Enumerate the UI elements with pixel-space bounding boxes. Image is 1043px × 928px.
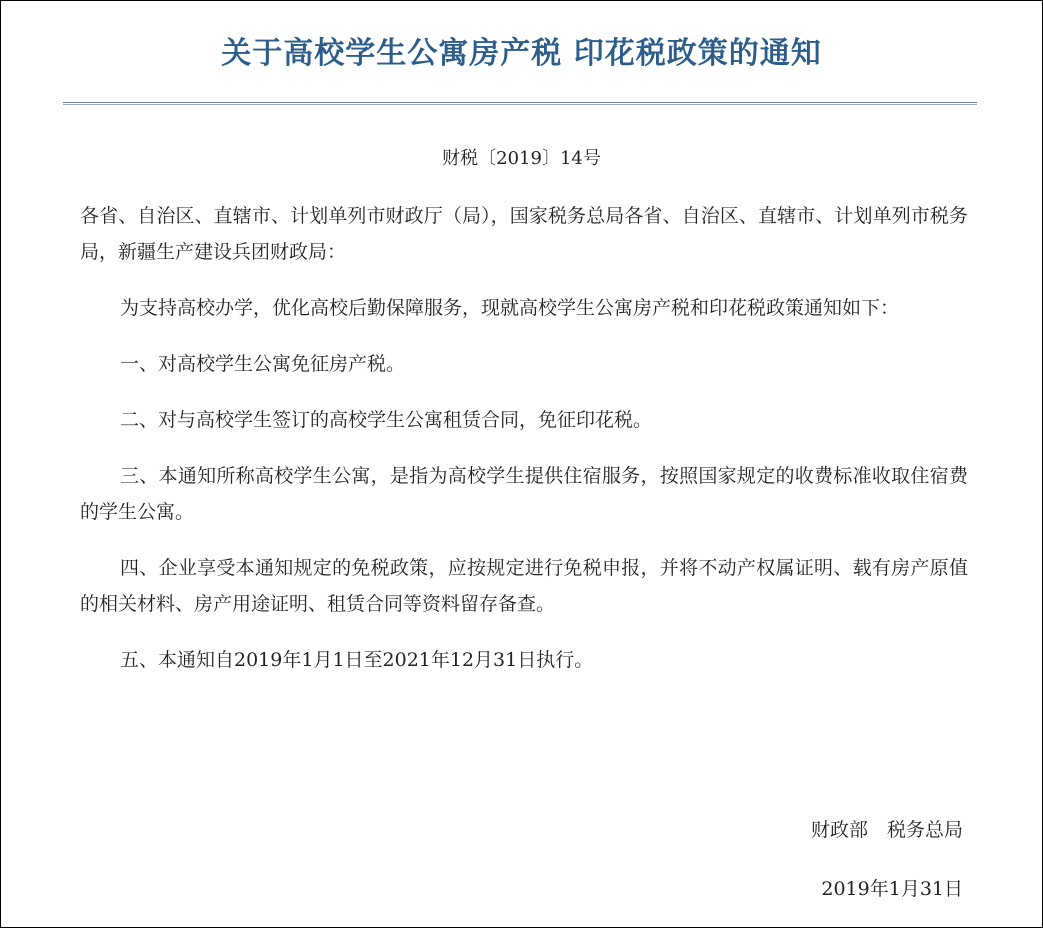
item-2: 二、对与高校学生签订的高校学生公寓租赁合同，免征印花税。	[80, 402, 968, 438]
item-1: 一、对高校学生公寓免征房产税。	[80, 346, 968, 382]
document-body: 各省、自治区、直辖市、计划单列市财政厅（局），国家税务总局各省、自治区、直辖市、…	[80, 198, 968, 698]
document-title: 关于高校学生公寓房产税 印花税政策的通知	[0, 28, 1043, 72]
title-divider	[63, 102, 977, 105]
item-5: 五、本通知自2019年1月1日至2021年12月31日执行。	[80, 642, 968, 678]
item-3: 三、本通知所称高校学生公寓，是指为高校学生提供住宿服务，按照国家规定的收费标准收…	[80, 458, 968, 530]
intro-paragraph: 为支持高校办学，优化高校后勤保障服务，现就高校学生公寓房产税和印花税政策通知如下…	[80, 290, 968, 326]
item-4: 四、企业享受本通知规定的免税政策，应按规定进行免税申报，并将不动产权属证明、载有…	[80, 550, 968, 622]
addressee: 各省、自治区、直辖市、计划单列市财政厅（局），国家税务总局各省、自治区、直辖市、…	[80, 198, 968, 270]
issue-date: 2019年1月31日	[821, 874, 963, 901]
document-number: 财税〔2019〕14号	[0, 144, 1043, 170]
signatories: 财政部 税务总局	[811, 815, 963, 842]
